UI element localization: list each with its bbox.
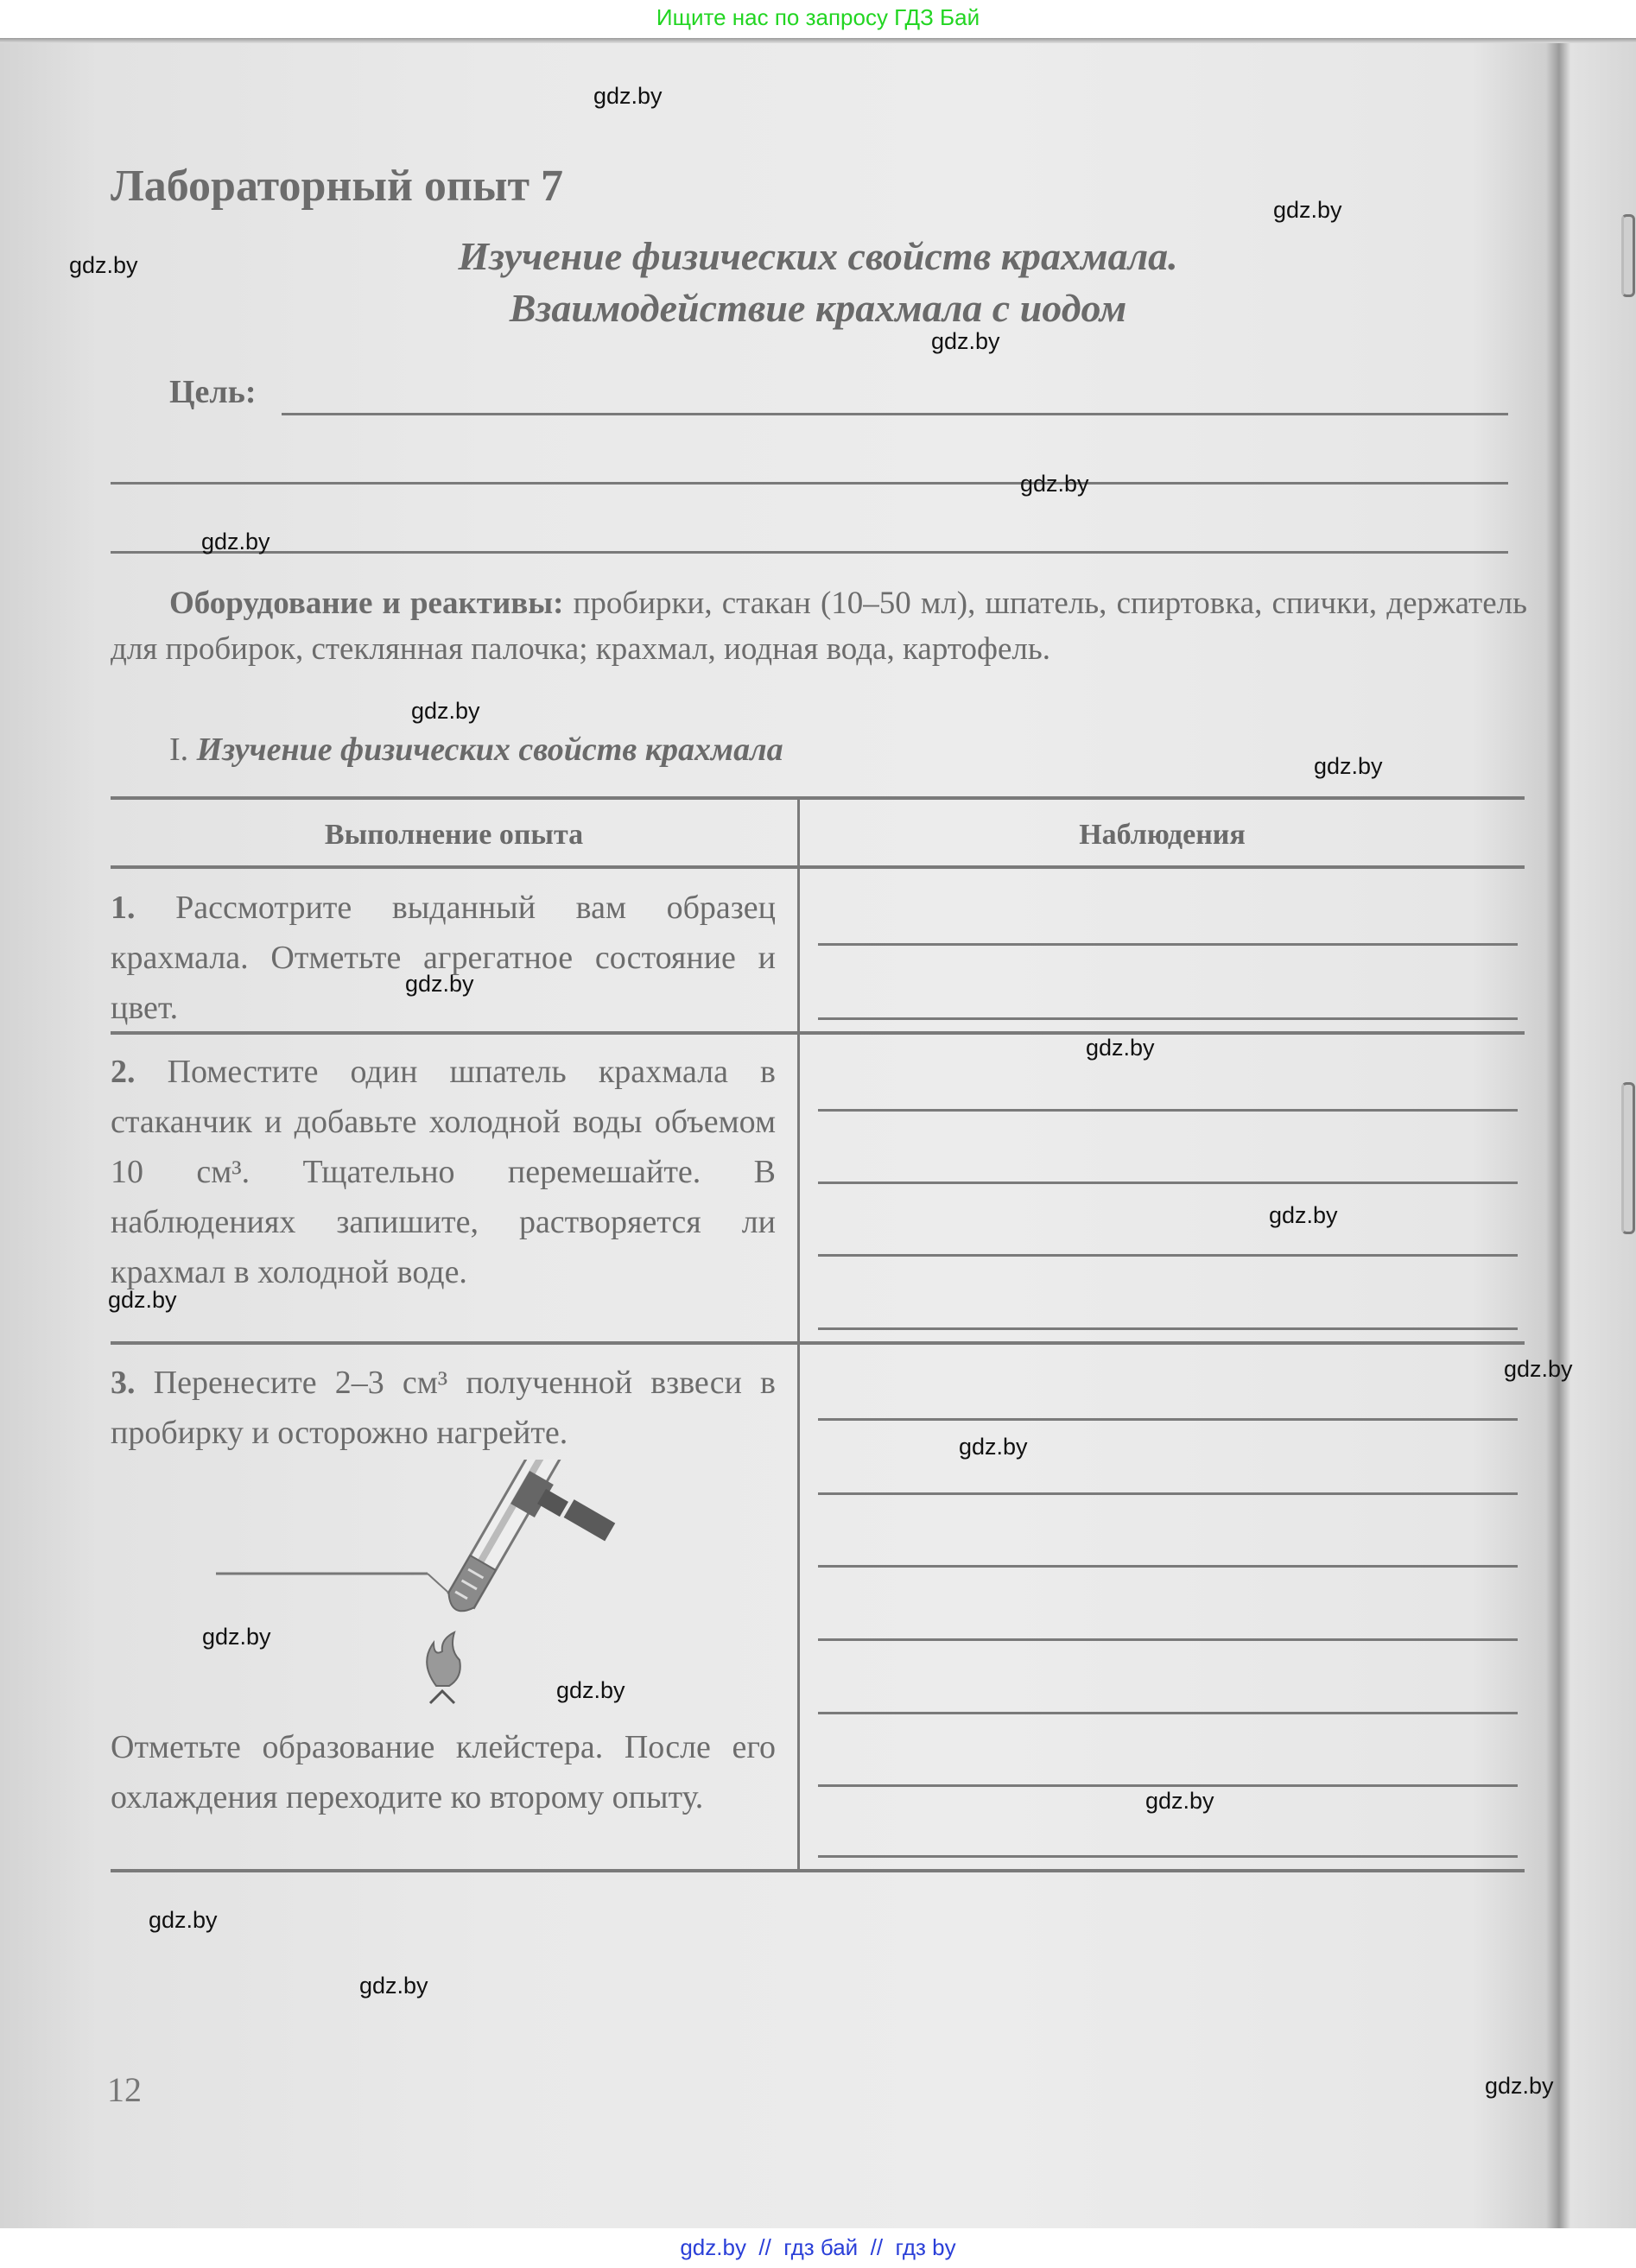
watermark: gdz.by <box>411 698 480 725</box>
observation-line[interactable] <box>818 1327 1518 1330</box>
watermark: gdz.by <box>1086 1035 1155 1061</box>
binder-ring-icon <box>1621 1082 1635 1234</box>
watermark: gdz.by <box>1504 1356 1573 1383</box>
observation-line[interactable] <box>818 1182 1518 1184</box>
table-bottom-border <box>111 1869 1525 1872</box>
page-number: 12 <box>107 2069 142 2110</box>
section-heading: I. Изучение физических свойств крахмала <box>169 731 783 769</box>
watermark: gdz.by <box>593 83 663 110</box>
observation-line[interactable] <box>818 1492 1518 1495</box>
page-edge <box>0 38 1636 43</box>
subtitle-line-2: Взаимодействие крахмала с иодом <box>0 285 1636 331</box>
observation-line[interactable] <box>818 1855 1518 1858</box>
goal-label: Цель: <box>169 373 257 411</box>
watermark: gdz.by <box>1485 2073 1554 2100</box>
header-procedure: Выполнение опыта <box>111 819 797 852</box>
header-observations: Наблюдения <box>800 819 1525 852</box>
table-row: 1. Рассмотрите выданный вам образец крах… <box>111 883 776 1033</box>
watermark: gdz.by <box>149 1907 218 1934</box>
observation-line[interactable] <box>818 1017 1518 1020</box>
equipment-paragraph: Оборудование и реактивы: пробирки, стака… <box>111 580 1527 672</box>
watermark: gdz.by <box>202 1624 271 1650</box>
observation-line[interactable] <box>818 1109 1518 1112</box>
bottom-banner[interactable]: gdz.by // гдз бай // гдз by <box>0 2228 1636 2268</box>
observation-line[interactable] <box>818 943 1518 946</box>
table-top-border <box>111 796 1525 800</box>
watermark: gdz.by <box>359 1973 428 1999</box>
equipment-label: Оборудование и реактивы: <box>169 586 563 621</box>
watermark: gdz.by <box>1020 471 1089 497</box>
watermark: gdz.by <box>1269 1202 1338 1229</box>
watermark: gdz.by <box>1145 1788 1214 1815</box>
watermark: gdz.by <box>1314 753 1383 780</box>
row-number: 1. <box>111 890 136 926</box>
row-number: 3. <box>111 1365 136 1401</box>
watermark: gdz.by <box>108 1287 177 1314</box>
table-row: 3. Перенесите 2–3 см³ полученной взвеси … <box>111 1358 776 1458</box>
row-text: Рассмотрите выданный вам образец крахмал… <box>111 890 776 1026</box>
page-title: Лабораторный опыт 7 <box>111 161 563 212</box>
bottom-banner-links[interactable]: gdz.by // гдз бай // гдз by <box>680 2234 955 2260</box>
watermark: gdz.by <box>405 971 474 998</box>
row-3-continuation: Отметьте образование клейстера. После ег… <box>111 1722 776 1822</box>
observation-line[interactable] <box>818 1784 1518 1787</box>
observation-line[interactable] <box>818 1418 1518 1421</box>
test-tube-heating-icon <box>199 1460 682 1710</box>
goal-line-3[interactable] <box>111 551 1508 554</box>
watermark: gdz.by <box>959 1434 1028 1460</box>
watermark: gdz.by <box>931 328 1000 355</box>
table-row: 2. Поместите один шпатель крахмала в ста… <box>111 1047 776 1297</box>
observation-line[interactable] <box>818 1254 1518 1257</box>
observation-line[interactable] <box>818 1638 1518 1641</box>
row-text: Поместите один шпатель крахмала в стакан… <box>111 1054 776 1290</box>
row-text: Перенесите 2–3 см³ полученной взвеси в п… <box>111 1365 776 1451</box>
observation-line[interactable] <box>818 1712 1518 1714</box>
section-title: Изучение физических свойств крахмала <box>197 732 783 768</box>
watermark: gdz.by <box>556 1677 625 1704</box>
subtitle-line-1: Изучение физических свойств крахмала. <box>0 233 1636 279</box>
row-number: 2. <box>111 1054 136 1090</box>
section-number: I. <box>169 732 188 768</box>
watermark: gdz.by <box>1273 197 1342 224</box>
table-row2-border <box>111 1341 1525 1345</box>
goal-line-1[interactable] <box>282 413 1508 415</box>
top-banner: Ищите нас по запросу ГДЗ Бай <box>0 0 1636 38</box>
observation-line[interactable] <box>818 1565 1518 1568</box>
table-header-border <box>111 865 1525 869</box>
table-column-divider <box>797 796 800 1872</box>
watermark: gdz.by <box>69 252 138 279</box>
watermark: gdz.by <box>201 529 270 555</box>
goal-line-2[interactable] <box>111 482 1508 485</box>
